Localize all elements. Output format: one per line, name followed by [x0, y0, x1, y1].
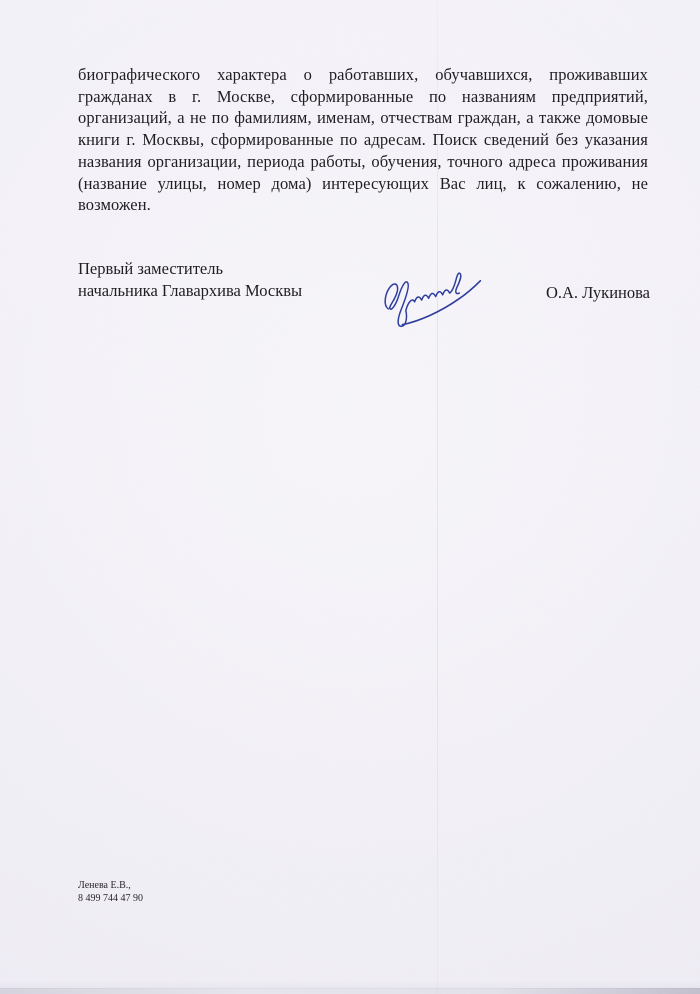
letter-body-paragraph: биографического характера о работавших, … [78, 64, 648, 216]
scan-bottom-edge [0, 988, 700, 994]
signoff-title-line: начальника Главархива Москвы [78, 280, 302, 302]
body-line: возможен. [78, 194, 648, 216]
footer-contact-phone: 8 499 744 47 90 [78, 892, 143, 905]
body-line: гражданах в г. Москве, сформированные по… [78, 86, 648, 108]
scanned-letter-page: биографического характера о работавших, … [0, 0, 700, 994]
body-line: биографического характера о работавших, … [78, 64, 648, 86]
body-line: названия организации, периода работы, об… [78, 151, 648, 173]
body-line: организаций, а не по фамилиям, именам, о… [78, 107, 648, 129]
signer-name: О.А. Лукинова [540, 282, 650, 304]
signoff-title-block: Первый заместитель начальника Главархива… [78, 258, 302, 303]
body-line: (название улицы, номер дома) интересующи… [78, 173, 648, 195]
footer-contact-name: Ленева Е.В., [78, 879, 143, 892]
body-line: книги г. Москвы, сформированные по адрес… [78, 129, 648, 151]
footer-contact-block: Ленева Е.В., 8 499 744 47 90 [78, 879, 143, 906]
signoff-title-line: Первый заместитель [78, 258, 302, 280]
handwritten-signature-icon [376, 256, 490, 331]
